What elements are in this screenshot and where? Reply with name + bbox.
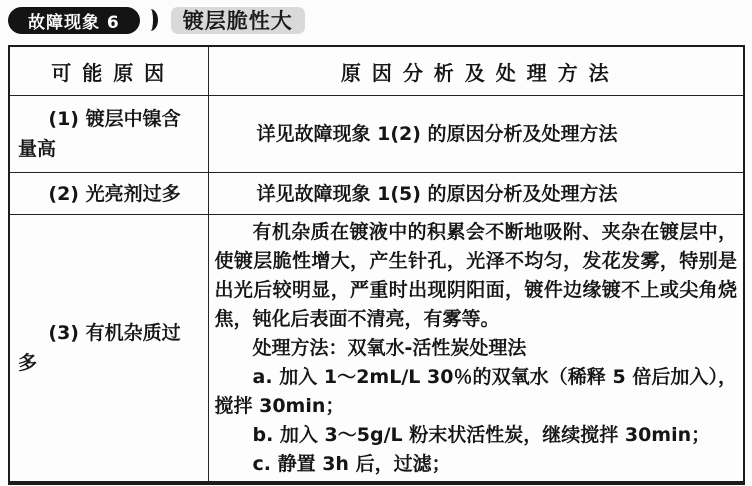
treatment-step-c: c. 静置 3h 后，过滤； bbox=[215, 450, 738, 479]
analysis-cell-3: 有机杂质在镀液中的积累会不断地吸附、夹杂在镀层中，使镀层脆性增大，产生针孔，光泽… bbox=[208, 215, 744, 484]
fault-title-badge: 镀层脆性大 bbox=[171, 7, 305, 34]
treatment-step-a: a. 加入 1～2mL/L 30％的双氧水（稀释 5 倍后加入），搅拌 30mi… bbox=[215, 363, 738, 421]
cause-text-2: (2) 光亮剂过多 bbox=[18, 179, 200, 209]
ribbon-tail-icon bbox=[143, 9, 158, 31]
cause-cell-2: (2) 光亮剂过多 bbox=[9, 173, 208, 215]
cause-text-3: (3) 有机杂质过多 bbox=[18, 318, 200, 378]
treatment-method-title: 处理方法：双氧水-活性炭处理法 bbox=[215, 334, 738, 363]
fault-title-label: 镀层脆性大 bbox=[183, 5, 293, 35]
table-header-row: 可 能 原 因 原 因 分 析 及 处 理 方 法 bbox=[9, 46, 744, 96]
column-header-analysis: 原 因 分 析 及 处 理 方 法 bbox=[208, 46, 744, 96]
column-header-cause: 可 能 原 因 bbox=[9, 46, 208, 96]
analysis-cell-2: 详见故障现象 1(5) 的原因分析及处理方法 bbox=[208, 173, 744, 215]
fault-analysis-table: 可 能 原 因 原 因 分 析 及 处 理 方 法 (1) 镀层中镍含量高 详见… bbox=[8, 45, 745, 485]
treatment-step-b: b. 加入 3～5g/L 粉末状活性炭，继续搅拌 30min； bbox=[215, 421, 738, 450]
fault-number-badge: 故障现象 6 bbox=[8, 7, 140, 34]
table-row: (2) 光亮剂过多 详见故障现象 1(5) 的原因分析及处理方法 bbox=[9, 173, 744, 215]
table-row: (3) 有机杂质过多 有机杂质在镀液中的积累会不断地吸附、夹杂在镀层中，使镀层脆… bbox=[9, 215, 744, 484]
cause-text-1: (1) 镀层中镍含量高 bbox=[18, 104, 200, 164]
analysis-paragraph: 有机杂质在镀液中的积累会不断地吸附、夹杂在镀层中，使镀层脆性增大，产生针孔，光泽… bbox=[215, 218, 738, 334]
analysis-cell-1: 详见故障现象 1(2) 的原因分析及处理方法 bbox=[208, 96, 744, 173]
cause-cell-1: (1) 镀层中镍含量高 bbox=[9, 96, 208, 173]
section-header: 故障现象 6 镀层脆性大 bbox=[8, 4, 305, 36]
cause-cell-3: (3) 有机杂质过多 bbox=[9, 215, 208, 484]
table-row: (1) 镀层中镍含量高 详见故障现象 1(2) 的原因分析及处理方法 bbox=[9, 96, 744, 173]
fault-number-label: 故障现象 6 bbox=[28, 8, 120, 33]
